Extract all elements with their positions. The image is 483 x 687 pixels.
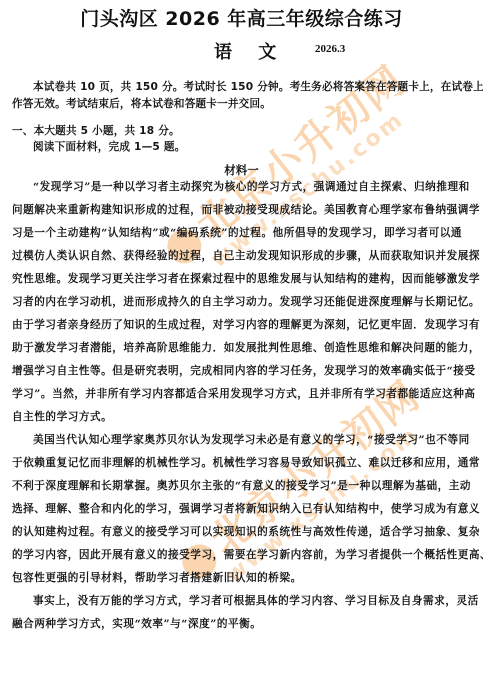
material-1-line: “发现学习”是一种以学习者主动探究为核心的学习方式，强调通过自主探索、归纳推理和	[12, 180, 474, 194]
material-1-line: 过模仿人类认识自然、获得经验的过程，自己主动发现知识形成的步骤，从而获取知识并发…	[12, 249, 474, 263]
material-1-line: 究性思维。发现学习更关注学习者在探索过程中的思维发展与认知结构的建构，因而能够激…	[12, 272, 474, 286]
exam-date: 2026.3	[315, 43, 345, 55]
material-1-line: 由于学习者亲身经历了知识的生成过程，对学习内容的理解更为深刻，记忆更牢固．发现学…	[12, 318, 474, 332]
material-1-line: 美国当代认知心理学家奥苏贝尔认为发现学习未必是有意义的学习，“接受学习”也不等同	[12, 433, 474, 447]
material-1-line: 习是一个主动建构“认知结构”或“编码系统”的过程。他所倡导的发现学习，即学习者可…	[12, 226, 474, 240]
material-1-line: 的认知建构过程。有意义的接受学习可以实现知识的系统性与高效性传递，适合学习抽象、…	[12, 525, 474, 539]
instructions-line-1: 本试卷共 10 页，共 150 分。考试时长 150 分钟。考生务必将答案答在答…	[12, 80, 474, 94]
subject-label: 语 文	[214, 38, 286, 64]
exam-title: 门头沟区 2026 年高三年级综合练习	[0, 4, 483, 31]
material-1-line: 事实上，没有万能的学习方式，学习者可根据具体的学习内容、学习目标及自身需求，灵活	[12, 594, 474, 608]
material-1-line: 自主性的学习方式。	[12, 410, 474, 424]
material-1-line: 习者的内在学习动机，进而形成持久的自主学习动力。发现学习还能促进深度理解与长期记…	[12, 295, 474, 309]
material-1-line: 增强学习自主性等。但是研究表明，完成相同内容的学习任务，发现学习的效率确实低于“…	[12, 364, 474, 378]
material-1-line: 不利于深度理解和长期掌握。奥苏贝尔主张的“有意义的接受学习”是一种以理解为基础，…	[12, 479, 474, 493]
section-title: 一、本大题共 5 小题，共 18 分。	[12, 124, 474, 138]
material-1-line: 学习”。当然，并非所有学习内容都适合采用发现学习方式，且并非所有学习者都能适应这…	[12, 387, 474, 401]
instructions-line-2: 作答无效。考试结束后，将本试卷和答题卡一并交回。	[12, 97, 474, 111]
section-prompt: 阅读下面材料，完成 1—5 题。	[12, 140, 474, 154]
material-1-line: 助于激发学习者潜能，培养高阶思维能力．如发展批判性思维、创造性思维和解决问题的能…	[12, 341, 474, 355]
material-1-heading: 材料一	[0, 162, 483, 178]
exam-page: 北京小升初网 www.xschu.com 北京小升初网 www.xschu.co…	[0, 0, 483, 687]
material-1-line: 问题解决来重新构建知识形成的过程，而非被动接受现成结论。美国教育心理学家布鲁纳强…	[12, 203, 474, 217]
material-1-line: 包容性更强的引导材料，帮助学习者搭建新旧认知的桥梁。	[12, 571, 474, 585]
material-1-line: 融合两种学习方式，实现“效率”与“深度”的平衡。	[12, 617, 474, 631]
material-1-line: 选择、理解、整合和内化的学习，强调学习者将新知识纳入已有认知结构中，使学习成为有…	[12, 502, 474, 516]
material-1-line: 的学习内容，因此开展有意义的接受学习，需要在学习新内容前，为学习者提供一个概括性…	[12, 548, 474, 562]
material-1-line: 于依赖重复记忆而非理解的机械性学习。机械性学习容易导致知识孤立、难以迁移和应用，…	[12, 456, 474, 470]
subject-row: 语 文 2026.3	[0, 38, 483, 62]
